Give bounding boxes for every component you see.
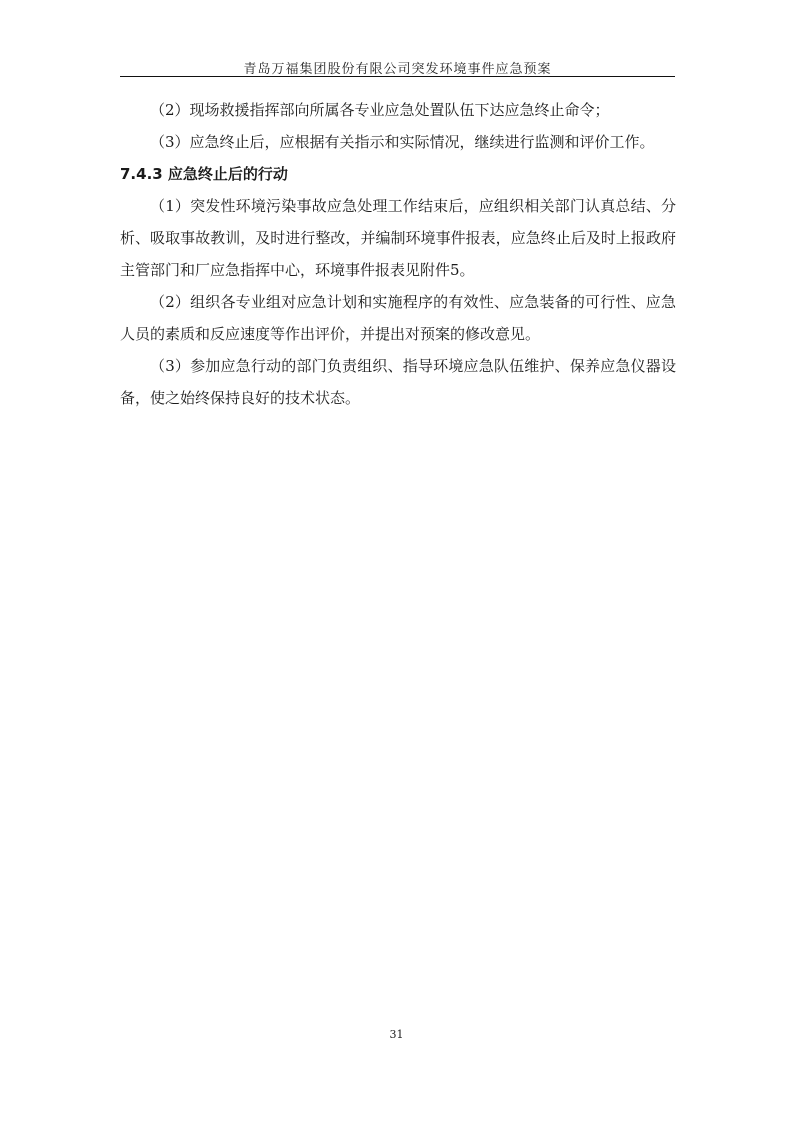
document-body: （2）现场救援指挥部向所属各专业应急处置队伍下达应急终止命令； （3）应急终止后… (120, 94, 676, 414)
document-header-title: 青岛万福集团股份有限公司突发环境事件应急预案 (120, 58, 675, 77)
paragraph: （2）组织各专业组对应急计划和实施程序的有效性、应急装备的可行性、应急人员的素质… (120, 286, 676, 350)
paragraph: （1）突发性环境污染事故应急处理工作结束后，应组织相关部门认真总结、分析、吸取事… (120, 190, 676, 286)
paragraph: （3）参加应急行动的部门负责组织、指导环境应急队伍维护、保养应急仪器设备，使之始… (120, 350, 676, 414)
header-divider (120, 76, 675, 77)
paragraph: （3）应急终止后，应根据有关指示和实际情况，继续进行监测和评价工作。 (120, 126, 676, 158)
section-heading: 7.4.3 应急终止后的行动 (120, 158, 676, 190)
paragraph: （2）现场救援指挥部向所属各专业应急处置队伍下达应急终止命令； (120, 94, 676, 126)
page-number: 31 (0, 1028, 793, 1041)
